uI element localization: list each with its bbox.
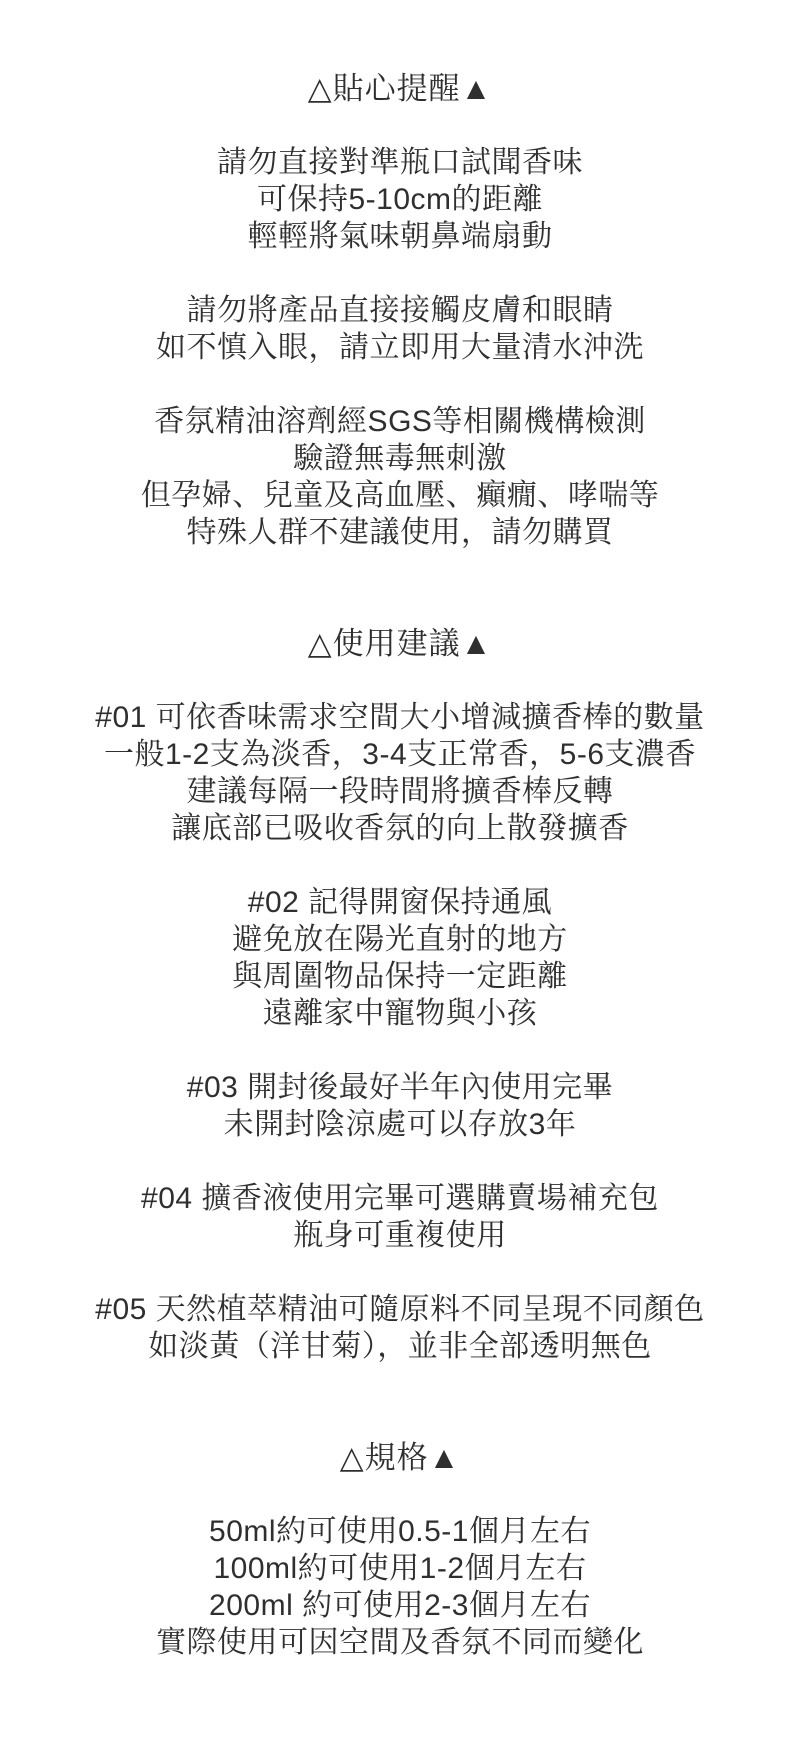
text-line: 請勿將產品直接接觸皮膚和眼睛	[0, 292, 800, 329]
text-line: 特殊人群不建議使用，請勿購買	[0, 514, 800, 551]
text-line: #01 可依香味需求空間大小增減擴香棒的數量	[0, 699, 800, 736]
text-line: #04 擴香液使用完畢可選購賣場補充包	[0, 1180, 800, 1217]
text-line: #03 開封後最好半年內使用完畢	[0, 1069, 800, 1106]
paragraph-block: #04 擴香液使用完畢可選購賣場補充包瓶身可重複使用	[0, 1180, 800, 1254]
text-line: 可保持5-10cm的距離	[0, 181, 800, 218]
text-line: 讓底部已吸收香氛的向上散發擴香	[0, 810, 800, 847]
text-line: 瓶身可重複使用	[0, 1217, 800, 1254]
text-line: 未開封陰涼處可以存放3年	[0, 1106, 800, 1143]
section-heading-specifications: △規格▲	[0, 1439, 800, 1476]
text-line: 一般1-2支為淡香，3-4支正常香，5-6支濃香	[0, 736, 800, 773]
text-line: 請勿直接對準瓶口試聞香味	[0, 144, 800, 181]
section-usage-suggestions: △使用建議▲#01 可依香味需求空間大小增減擴香棒的數量一般1-2支為淡香，3-…	[0, 625, 800, 1365]
paragraph-block: #05 天然植萃精油可隨原料不同呈現不同顏色如淡黃（洋甘菊），並非全部透明無色	[0, 1291, 800, 1365]
product-notice-page: △貼心提醒▲請勿直接對準瓶口試聞香味可保持5-10cm的距離輕輕將氣味朝鼻端扇動…	[0, 0, 800, 1740]
section-heading-usage-suggestions: △使用建議▲	[0, 625, 800, 662]
text-line: 建議每隔一段時間將擴香棒反轉	[0, 773, 800, 810]
text-line: 輕輕將氣味朝鼻端扇動	[0, 218, 800, 255]
text-line: 實際使用可因空間及香氛不同而變化	[0, 1624, 800, 1661]
section-friendly-reminder: △貼心提醒▲請勿直接對準瓶口試聞香味可保持5-10cm的距離輕輕將氣味朝鼻端扇動…	[0, 70, 800, 551]
paragraph-block: 香氛精油溶劑經SGS等相關機構檢測驗證無毒無刺激但孕婦、兒童及高血壓、癲癇、哮喘…	[0, 403, 800, 551]
text-line: 與周圍物品保持一定距離	[0, 958, 800, 995]
text-line: 避免放在陽光直射的地方	[0, 921, 800, 958]
paragraph-block: #01 可依香味需求空間大小增減擴香棒的數量一般1-2支為淡香，3-4支正常香，…	[0, 699, 800, 847]
paragraph-block: 請勿直接對準瓶口試聞香味可保持5-10cm的距離輕輕將氣味朝鼻端扇動	[0, 144, 800, 255]
paragraph-block: #03 開封後最好半年內使用完畢未開封陰涼處可以存放3年	[0, 1069, 800, 1143]
text-line: 50ml約可使用0.5-1個月左右	[0, 1513, 800, 1550]
paragraph-block: 請勿將產品直接接觸皮膚和眼睛如不慎入眼，請立即用大量清水沖洗	[0, 292, 800, 366]
text-line: #05 天然植萃精油可隨原料不同呈現不同顏色	[0, 1291, 800, 1328]
text-line: 200ml 約可使用2-3個月左右	[0, 1587, 800, 1624]
section-specifications: △規格▲50ml約可使用0.5-1個月左右100ml約可使用1-2個月左右200…	[0, 1439, 800, 1661]
paragraph-block: #02 記得開窗保持通風避免放在陽光直射的地方與周圍物品保持一定距離遠離家中寵物…	[0, 884, 800, 1032]
text-line: 驗證無毒無刺激	[0, 440, 800, 477]
text-line: 香氛精油溶劑經SGS等相關機構檢測	[0, 403, 800, 440]
text-line: 如淡黃（洋甘菊），並非全部透明無色	[0, 1328, 800, 1365]
text-line: 但孕婦、兒童及高血壓、癲癇、哮喘等	[0, 477, 800, 514]
text-line: 遠離家中寵物與小孩	[0, 995, 800, 1032]
section-heading-friendly-reminder: △貼心提醒▲	[0, 70, 800, 107]
text-line: #02 記得開窗保持通風	[0, 884, 800, 921]
text-line: 100ml約可使用1-2個月左右	[0, 1550, 800, 1587]
text-line: 如不慎入眼，請立即用大量清水沖洗	[0, 329, 800, 366]
paragraph-block: 50ml約可使用0.5-1個月左右100ml約可使用1-2個月左右200ml 約…	[0, 1513, 800, 1661]
